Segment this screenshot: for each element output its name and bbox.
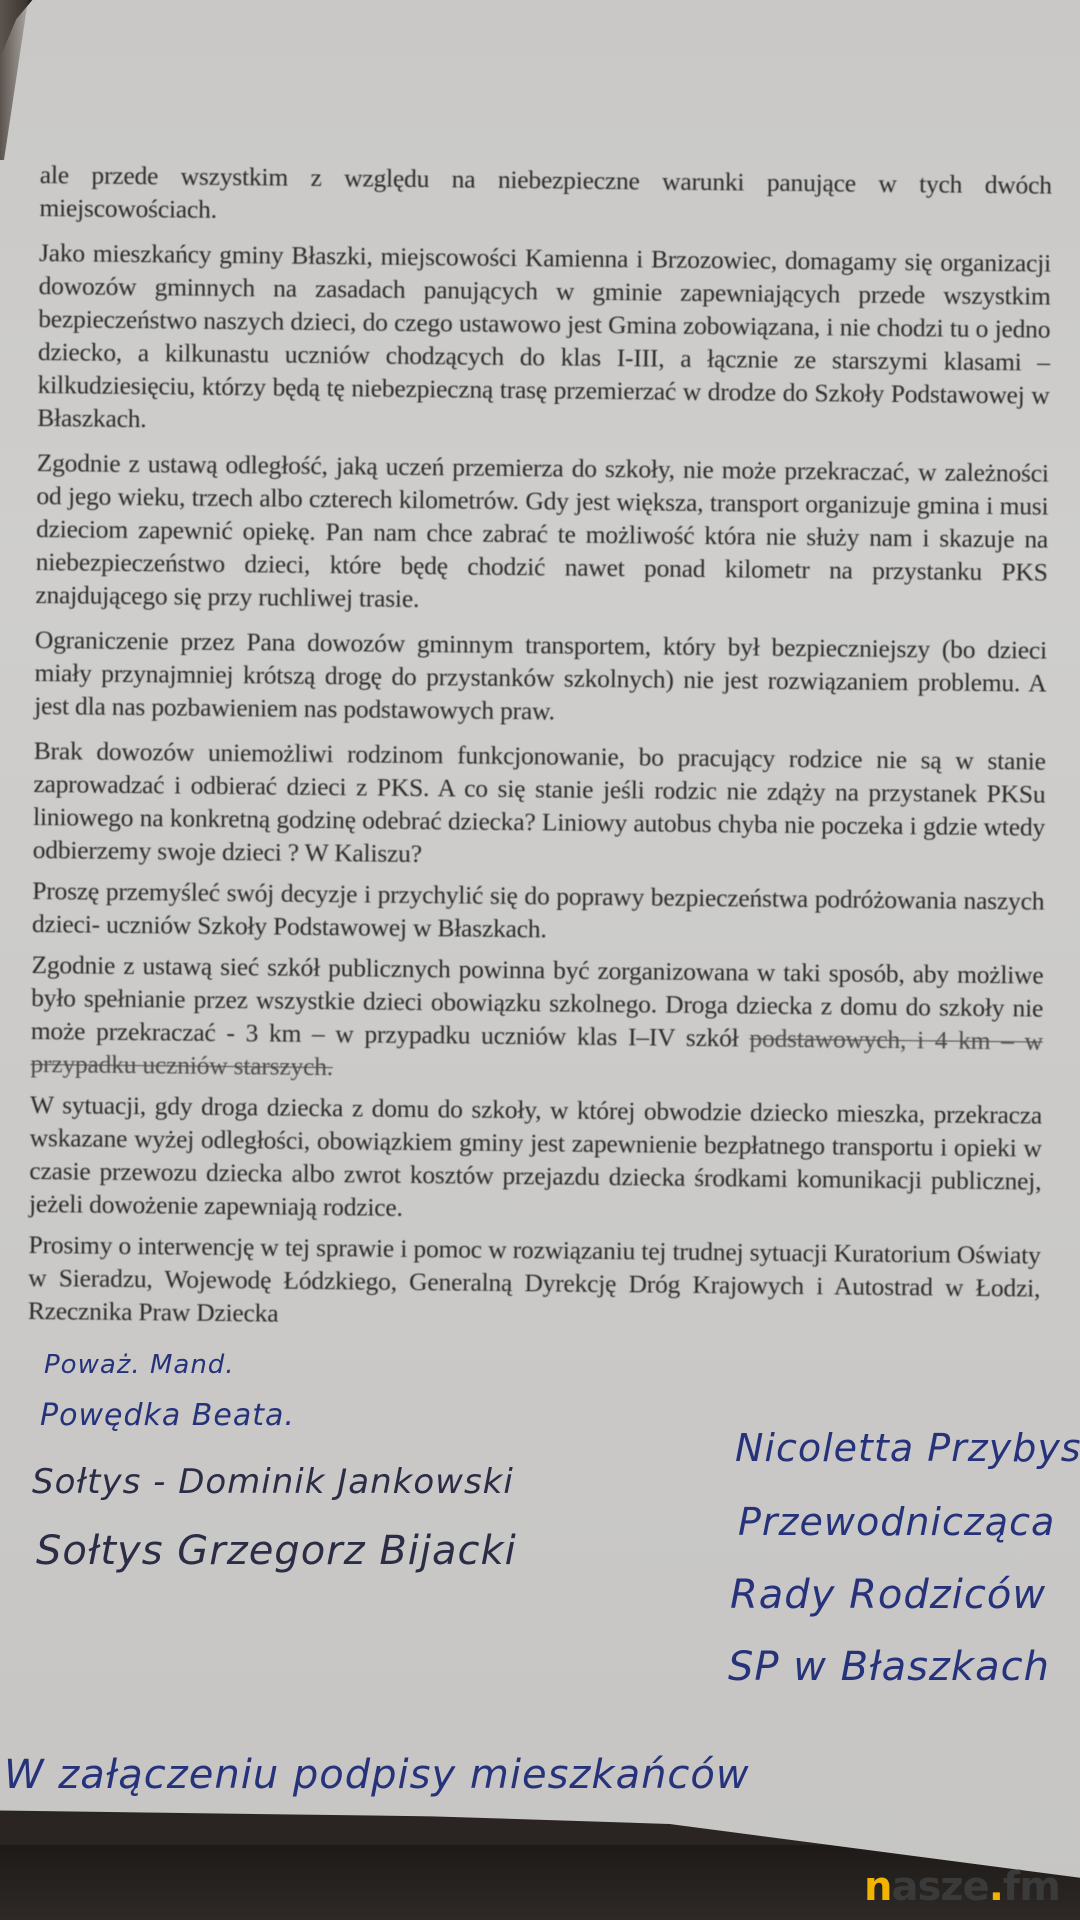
logo-tld: fm (1003, 1864, 1060, 1910)
paragraph-intervention-request: Prosimy o interwencję w tej sprawie i po… (28, 1228, 1041, 1338)
signature-respect-line: Poważ. Mand. (44, 1350, 235, 1380)
nasze-fm-watermark-logo: nasze.fm (864, 1864, 1060, 1910)
attachment-note: W załączeniu podpisy mieszkańców (4, 1752, 750, 1798)
logo-accent-letter: n (864, 1864, 891, 1910)
signature-soltys-bijacki: Sołtys Grzegorz Bijacki (36, 1528, 517, 1574)
paragraph-request-reconsider: Proszę przemyśleć swój decyzje i przychy… (32, 874, 1045, 951)
signature-chairwoman-name: Nicoletta Przybys (735, 1426, 1080, 1470)
signature-soltys-jankowski: Sołtys - Dominik Jankowski (32, 1462, 514, 1502)
paragraph-distance-law: Zgodnie z ustawą odległość, jaką uczeń p… (35, 446, 1049, 622)
paragraph-limitation: Ograniczenie przez Pana dowozów gminnym … (34, 623, 1047, 733)
signature-school-name: SP w Błaszkach (728, 1644, 1050, 1690)
paragraph-school-network: Zgodnie z ustawą sieć szkół publicznych … (30, 948, 1043, 1091)
paragraph-demand: Jako mieszkańcy gminy Błaszki, miejscowo… (37, 236, 1051, 445)
paragraph-obligation: W sytuacji, gdy droga dziecka z domu do … (29, 1088, 1042, 1231)
letter-body: ale przede wszystkim z względu na niebez… (28, 158, 1052, 1350)
signature-chairwoman-title: Przewodnicząca (738, 1500, 1055, 1544)
signature-beata: Powędka Beata. (40, 1398, 295, 1433)
signature-parents-council: Rady Rodziców (730, 1572, 1046, 1618)
logo-text: asze (891, 1864, 988, 1910)
logo-dot: . (989, 1864, 1003, 1910)
paragraph-family-impact: Brak dowozów uniemożliwi rodzinom funkcj… (33, 734, 1046, 877)
paragraph-intro-continuation: ale przede wszystkim z względu na niebez… (39, 158, 1052, 235)
